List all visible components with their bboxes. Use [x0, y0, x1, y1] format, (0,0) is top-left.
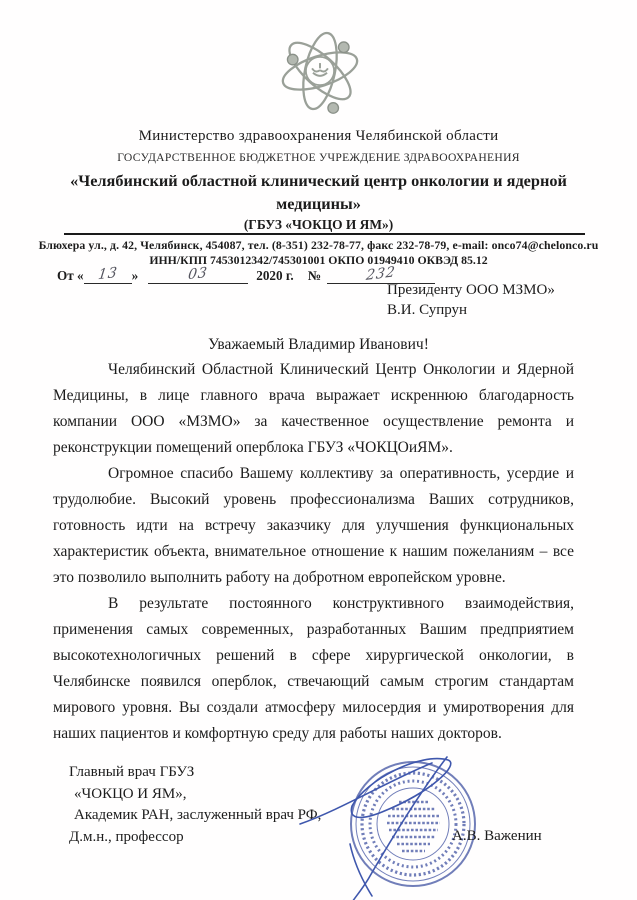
- from-label: От «: [57, 268, 84, 283]
- number-sign: №: [308, 268, 321, 283]
- handwritten-day: 13: [97, 265, 119, 284]
- scanned-letter-page: Министерство здравоохранения Челябинской…: [0, 0, 637, 900]
- letterhead: Министерство здравоохранения Челябинской…: [0, 128, 637, 233]
- recipient-name: В.И. Супрун: [387, 301, 555, 321]
- paragraph-1: Челябинский Областной Клинический Центр …: [53, 357, 574, 461]
- recipient-block: Президенту ООО МЗМО» В.И. Супрун: [387, 281, 555, 320]
- month-blank: 03: [148, 266, 248, 284]
- letterhead-divider: [64, 233, 585, 235]
- reference-line: От «13»032020 г.№232: [57, 266, 435, 284]
- handwritten-month: 03: [187, 265, 209, 284]
- year-label: 2020 г.: [256, 268, 293, 283]
- close-quote: »: [132, 268, 139, 283]
- recipient-title: Президенту ООО МЗМО»: [387, 281, 555, 301]
- address-contacts-line: Блюхера ул., д. 42, Челябинск, 454087, т…: [0, 238, 637, 253]
- bowl-of-hygieia-glyph: [312, 63, 328, 76]
- atom-logo: [276, 22, 364, 120]
- organization-name: «Челябинский областной клинический центр…: [45, 169, 593, 215]
- organization-short-name: (ГБУЗ «ЧОКЦО И ЯМ»): [0, 217, 637, 233]
- pen-signature: [270, 740, 500, 900]
- institution-type-line: ГОСУДАРСТВЕННОЕ БЮДЖЕТНОЕ УЧРЕЖДЕНИЕ ЗДР…: [0, 151, 637, 164]
- paragraph-3: В результате постоянного конструктивного…: [53, 591, 574, 747]
- salutation: Уважаемый Владимир Иванович!: [0, 336, 637, 354]
- paragraph-2: Огромное спасибо Вашему коллективу за оп…: [53, 461, 574, 591]
- day-blank: 13: [84, 266, 132, 284]
- letter-body: Челябинский Областной Клинический Центр …: [53, 357, 574, 747]
- ministry-line: Министерство здравоохранения Челябинской…: [0, 128, 637, 145]
- signatory-name: А.В. Важенин: [452, 828, 542, 845]
